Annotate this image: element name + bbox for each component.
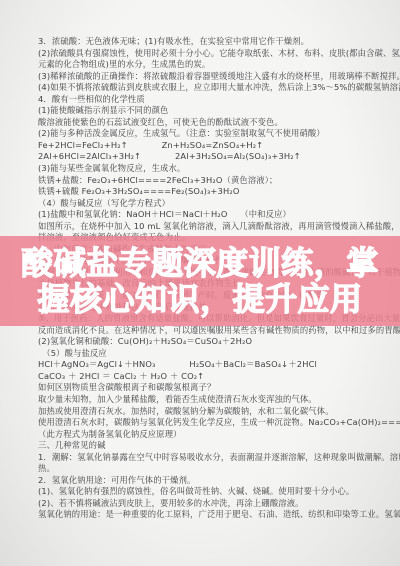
doc-line: 如图所示，在烧杯中加入 10 mL 氢氧化钠溶液，滴入几滴酚酞溶液，再用滴管慢慢…	[38, 221, 383, 233]
doc-line: 2Al+6HCl=2AlCl₃+3H₂↑ 2Al+3H₂SO₄=Al₂(SO₄)…	[38, 151, 383, 163]
doc-line: (3)稀释浓硫酸的正确操作：将浓硫酸沿着容器壁缓缓地注入盛有水的烧杯里，用玻璃棒…	[38, 71, 383, 83]
doc-line: (2)能与多种活泼金属反应，生成氢气。（注意：实验室制取氢气不使用硝酸）	[38, 128, 383, 140]
doc-line: 加热或使用澄清石灰水。加热时，碳酸氢钠分解为碳酸钠，水和二氧化碳气体。	[38, 406, 383, 418]
doc-line: 如何区别物质里含碳酸根离子和碳酸氢根离子？	[38, 382, 383, 394]
document-photo: 3．浓硫酸：无色液体无味；(1)有吸水性，在实验室中常用它作干燥剂。(2)浓硫酸…	[0, 0, 400, 566]
doc-line: HCl＋AgNO₃＝AgCl↓＋HNO₃ H₂SO₄＋BaCl₂＝BaSO₄↓＋…	[38, 359, 383, 371]
doc-line: （4）酸与碱反应（写化学方程式）	[38, 198, 383, 210]
doc-line: （此方程式为制备氢氧化钠反应原理）	[38, 429, 383, 441]
doc-line: 3．浓硫酸：无色液体无味；(1)有吸水性，在实验室中常用它作干燥剂。	[38, 36, 383, 48]
doc-line: 反而造成消化不良。在这种情况下，可以遵医嘱服用某些含有碱性物质的药物，以中和过多…	[38, 325, 383, 337]
doc-line: (1)盐酸中和氢氧化钠：NaOH＋HCl＝NaCl＋H₂O （中和反应）	[38, 209, 383, 221]
doc-line: 热。	[38, 463, 383, 475]
doc-line: 2．氢氧化钠用途：可用作气体的干燥剂。	[38, 475, 383, 487]
doc-line: Fe+2HCl=FeCl₂+H₂↑ Zn+H₂SO₄=ZnSO₄+H₂↑	[38, 140, 383, 152]
doc-line: 铁锈+盐酸：Fe₂O₃+6HCl====2FeCl₃+3H₂O（黄色溶液）；	[38, 175, 383, 187]
doc-line: 使用澄清石灰水时，碳酸钠与氢氧化钙发生化学反应，生成一种沉淀物。Na₂CO₃+C…	[38, 417, 383, 429]
doc-line: 元素的化合物组成)里的水分，生成黑色的炭。	[38, 59, 383, 71]
doc-line: CaCO₃ ＋ 2HCl ＝ CaCl₂ ＋ H₂O ＋ CO₂↑	[38, 371, 383, 383]
doc-line: （5）酸与盐反应	[38, 348, 383, 360]
title-banner: 酸碱盐专题深度训练，掌 握核心知识，提升应用	[0, 236, 400, 326]
doc-line: (2)、若不慎将碱液沾到皮肤上，要用较多的水冲洗，再涂上硼酸溶液。	[38, 498, 383, 510]
banner-title-line-2: 握核心知识，提升应用	[37, 281, 362, 317]
doc-line: (2)氢氧化铜和硫酸：Cu(OH)₂＋H₂SO₄＝CuSO₄＋2H₂O	[38, 336, 383, 348]
banner-title-line-1: 酸碱盐专题深度训练，掌	[21, 245, 379, 281]
doc-line: (2)浓硫酸具有强腐蚀性，使用时必须十分小心。它能夺取纸张、木材、布料、皮肤(都…	[38, 48, 383, 60]
doc-line: (4)如果不慎将浓硫酸沾到皮肤或衣服上，应立即用大量水冲洗，然后涂上3%～5%的…	[38, 82, 383, 94]
doc-line: (1)能使酸碱指示剂显示不同的颜色	[38, 105, 383, 117]
doc-line: 铁锈+硫酸 Fe₂O₃+3H₂SO₄====Fe₂(SO₄)₃+3H₂O	[38, 186, 383, 198]
doc-line: 1．潮解：氢氧化钠暴露在空气中时容易吸收水分，表面潮湿并逐渐溶解，这种现象叫做潮…	[38, 452, 383, 464]
doc-line: 三、几种常见的碱	[38, 440, 383, 452]
doc-line: 氢氧化钠的用途：是一种重要的化工原料，广泛用于肥皂、石油、造纸、纺织和印染等工业…	[38, 509, 383, 521]
doc-line: 酸溶液能使紫色的石蕊试液变红色，可使无色的酚酞试液不变色。	[38, 117, 383, 129]
doc-line: (1)、氢氧化钠有强烈的腐蚀性，俗名叫做苛性钠、火碱、烧碱。使用时要十分小心。	[38, 486, 383, 498]
doc-line: 4．酸有一些相似的化学性质	[38, 94, 383, 106]
doc-line: 取少量未知物，加入少量稀盐酸，看能否生成使澄清石灰水变浑浊的气体。	[38, 394, 383, 406]
doc-line: (3)能与某些金属氧化物反应，生成水。	[38, 163, 383, 175]
